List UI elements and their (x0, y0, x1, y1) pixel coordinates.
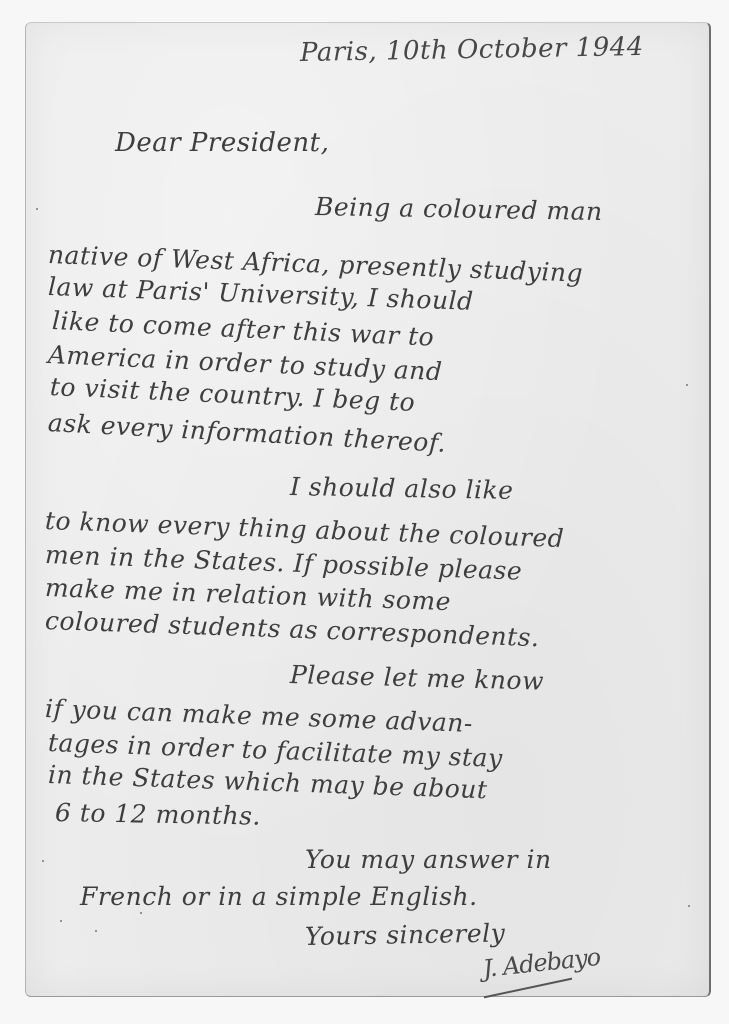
scan-speck (688, 905, 690, 907)
body-line: I should also like (290, 472, 514, 505)
scan-speck (95, 930, 97, 932)
scan-speck (140, 912, 142, 914)
scan-speck (60, 920, 62, 922)
body-line: Being a coloured man (315, 192, 603, 226)
scanned-letter-page: Paris, 10th October 1944 Dear President,… (0, 0, 729, 1024)
salutation: Dear President, (115, 128, 329, 158)
body-line: 6 to 12 months. (55, 798, 261, 831)
body-line: French or in a simple English. (80, 882, 478, 911)
closing: Yours sincerely (305, 919, 506, 951)
date-line: Paris, 10th October 1944 (300, 32, 644, 68)
scan-speck (686, 384, 688, 386)
scan-speck (42, 860, 44, 862)
scan-speck (36, 208, 38, 210)
body-line: You may answer in (305, 845, 552, 874)
